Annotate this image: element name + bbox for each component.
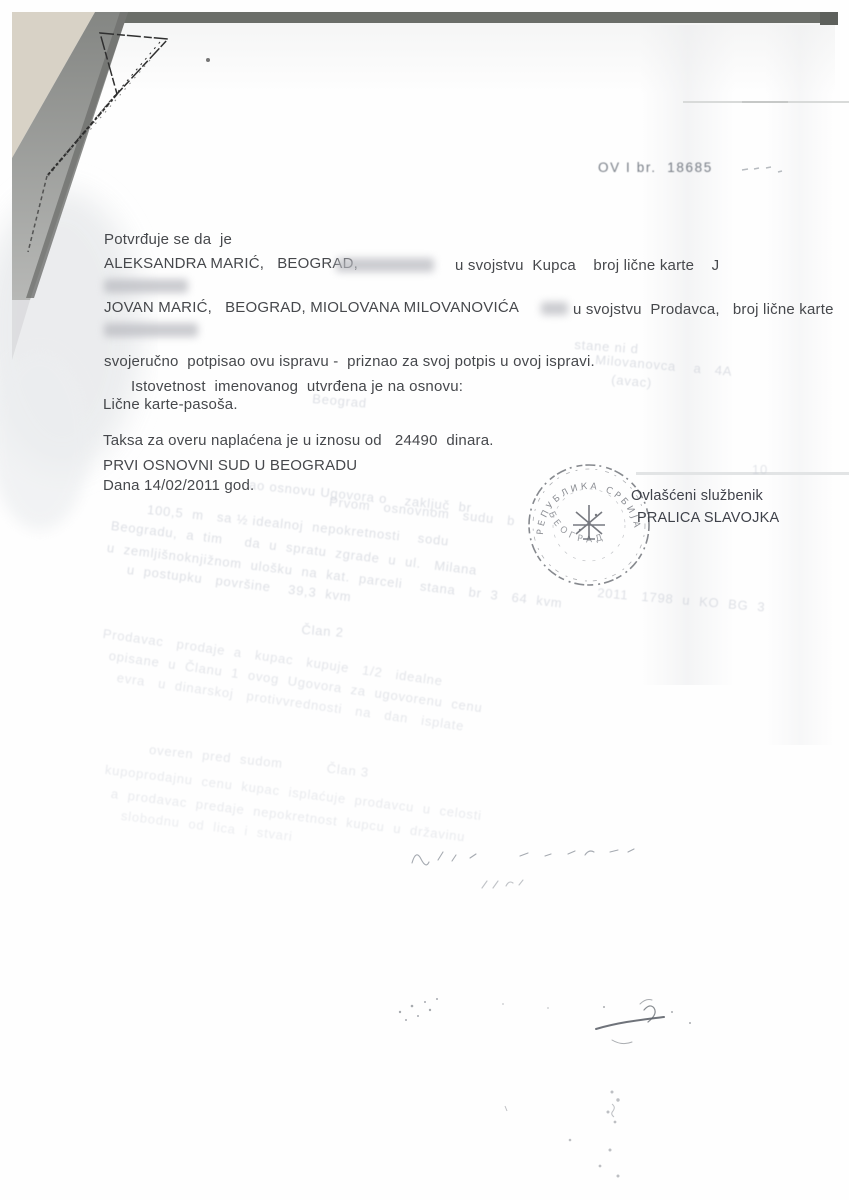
faint-scan-line-dark — [742, 101, 788, 103]
faint-scan-line — [683, 101, 849, 103]
official-title: Ovlašćeni službenik — [631, 488, 763, 504]
wedge-fadeout — [12, 300, 30, 360]
fee-statement: Taksa za overu naplaćena je u iznosu od … — [103, 432, 494, 449]
date-line: Dana 14/02/2011 god. — [103, 477, 254, 494]
ink-speck — [206, 58, 210, 62]
ghost-text-line: Član 2 — [301, 622, 344, 640]
identity-basis: Lične karte-pasoša. — [103, 396, 238, 413]
redacted-id-party2 — [104, 323, 198, 337]
redacted-number-party2 — [541, 302, 568, 315]
folder-corner-beige — [12, 12, 95, 158]
bottom-speckle-cluster — [505, 1091, 619, 1177]
right-edge-band — [765, 25, 835, 745]
stamp-ring-text-top: РЕПУБЛИКА СРБИЈА — [536, 482, 642, 536]
identity-heading: Istovetnost imenovanog utvrđena je na os… — [131, 378, 463, 395]
faint-scan-band — [636, 472, 849, 475]
ghost-text-line: 2011 1798 u KO BG 3 — [597, 585, 766, 615]
crease-marks — [28, 33, 168, 252]
court-stamp: РЕПУБЛИКА СРБИЈА БЕОГРАД — [529, 465, 649, 585]
party2-role: u svojstvu Prodavca, broj lične karte — [573, 301, 834, 318]
right-shading-band — [640, 25, 735, 685]
handwritten-scribble — [596, 1000, 691, 1044]
top-shading — [95, 23, 835, 93]
handwritten-note — [412, 849, 634, 888]
scanned-document-page: РЕПУБЛИКА СРБИЈА БЕОГРАД — [0, 0, 849, 1200]
reference-number: OV I br. 18685 — [598, 160, 713, 175]
ink-speckle-cluster — [399, 998, 549, 1021]
official-name: PRALICA SLAVOJKA — [637, 510, 779, 526]
ghost-text-line: 10 — [752, 462, 768, 477]
redacted-id-party1 — [104, 279, 188, 293]
court-name: PRVI OSNOVNI SUD U BEOGRADU — [103, 457, 357, 474]
redacted-address-party1 — [336, 258, 434, 272]
scan-frame-top — [95, 12, 838, 23]
party2-name: JOVAN MARIĆ, BEOGRAD, MIOLOVANA MILOVANO… — [104, 299, 519, 316]
signature-statement: svojeručno potpisao ovu ispravu - prizna… — [104, 353, 595, 370]
certification-intro: Potvrđuje se da je — [104, 231, 232, 248]
left-shadow-cloud-2 — [0, 350, 90, 530]
party1-name: ALEKSANDRA MARIĆ, BEOGRAD, — [104, 255, 358, 272]
party1-role: u svojstvu Kupca broj lične karte J — [455, 257, 719, 274]
faded-dash-marks — [742, 167, 782, 172]
stamp-emblem-icon — [573, 505, 605, 539]
ghost-text-line: (avac) — [611, 372, 653, 391]
scan-frame-top-endcap — [820, 12, 838, 25]
stamp-ring-text-bottom: БЕОГРАД — [546, 510, 608, 545]
